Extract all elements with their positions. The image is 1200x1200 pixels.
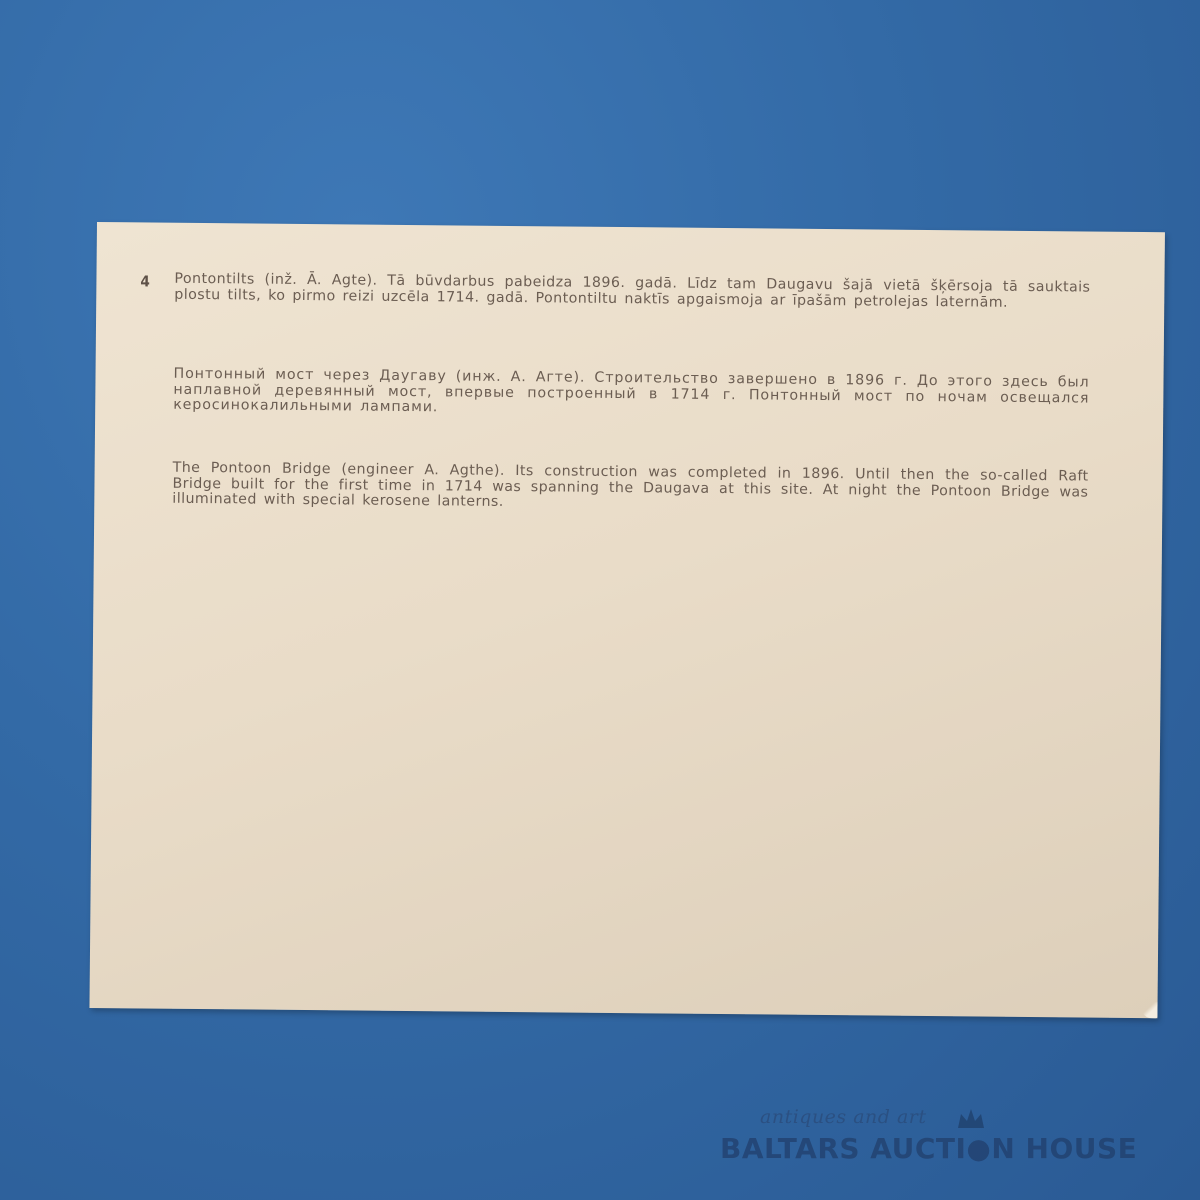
crown-icon (956, 1108, 986, 1130)
postcard-back: 4 Pontontilts (inž. Ā. Agte). Tā būvdarb… (89, 222, 1164, 1018)
description-russian: Понтонный мост через Даугаву (инж. А. Аг… (173, 367, 1089, 422)
description-english: The Pontoon Bridge (engineer A. Agthe). … (172, 461, 1088, 516)
watermark-name: BALTARS AUCTI●N HOUSE (720, 1132, 1137, 1165)
description-latvian: Pontontilts (inž. Ā. Agte). Tā būvdarbus… (174, 272, 1090, 312)
auction-house-watermark: antiques and art BALTARS AUCTI●N HOUSE (720, 1106, 1140, 1176)
item-number: 4 (140, 272, 150, 290)
watermark-tagline: antiques and art (760, 1106, 927, 1128)
